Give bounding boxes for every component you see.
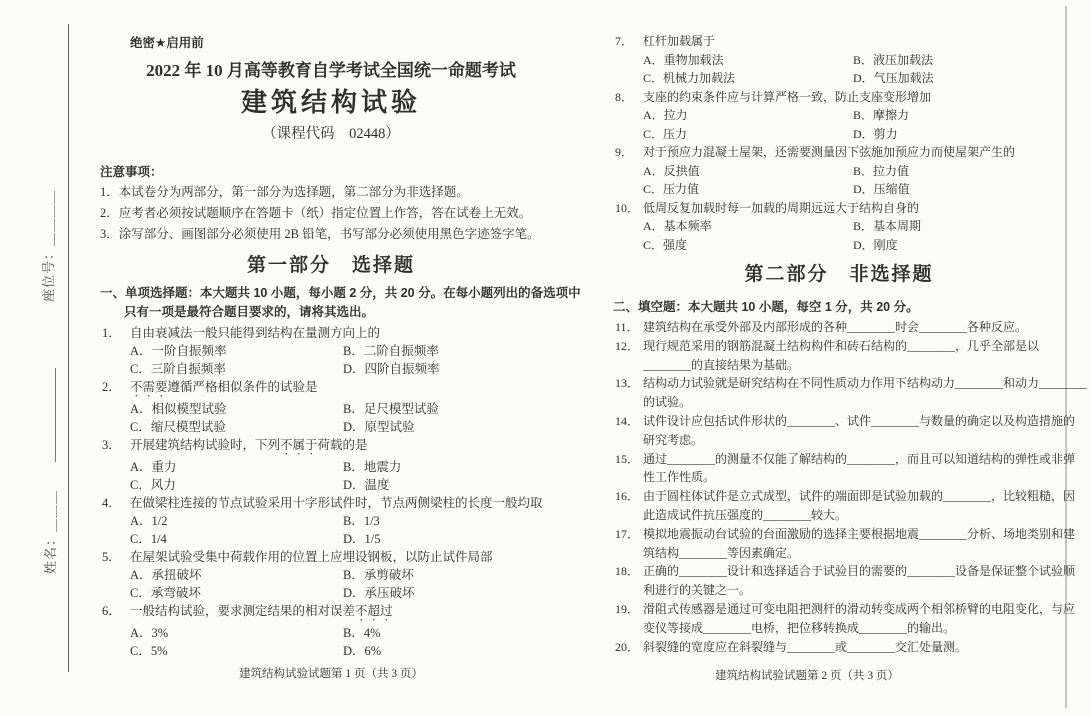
options-grid: A．3%B．4%C．5%D．6%	[130, 624, 562, 660]
question-number: 12．	[615, 337, 639, 356]
text-segment: 遵循严格相似条件的试验是	[168, 380, 318, 394]
option-label: A．一阶自振频率	[130, 342, 343, 360]
question-number: 6．	[102, 602, 121, 620]
question-number: 19．	[615, 600, 639, 619]
question-text: 杠杆加载属于	[643, 32, 1065, 51]
fill-question: 12．现行规范采用的钢筋混凝土结构构件和砖石结构的________，几乎全部是以…	[613, 337, 1065, 375]
exam-page-1: 绝密★启用前 2022 年 10 月高等教育自学考试全国统一命题考试 建筑结构试…	[100, 30, 562, 682]
text-segment: 自由衰减法一般只能得到结构在量测方向上的	[130, 326, 380, 340]
question-text-line: 结构动力试验就是研究结构在不同性质动力作用下结构动力________和动力___…	[643, 374, 1065, 393]
fill-question: 15．通过________的测量不仅能了解结构的________，而且可以知道结…	[613, 450, 1065, 488]
option-label: D．剪力	[853, 125, 1065, 144]
option-label: C．承弯破坏	[130, 584, 343, 602]
question-text-line: 研究考虑。	[643, 431, 1065, 450]
text-segment: 一般结构试验，要求测定结果的相对误差	[130, 604, 355, 618]
question-text: 不需要遵循严格相似条件的试验是	[130, 378, 562, 400]
option-label: B．二阶自振频率	[343, 342, 562, 360]
text-segment: 在做梁柱连接的节点试验采用十字形试件时，节点两侧梁柱的长度一般均取	[130, 496, 543, 510]
question-number: 15．	[615, 450, 639, 469]
option-label: D．温度	[343, 476, 562, 494]
question-number: 17．	[615, 525, 639, 544]
question-text: 开展建筑结构试验时，下列不属于荷载的是	[130, 436, 562, 458]
note-item: 2．应考者必须按试题顺序在答题卡（纸）指定位置上作答，答在试卷上无效。	[100, 203, 562, 224]
fill-question: 20．斜裂缝的宽度应在斜裂缝与________或________交汇处量测。	[613, 638, 1065, 657]
option-label: D．气压加载法	[853, 69, 1065, 88]
fill-question: 11．建筑结构在承受外部及内部形成的各种________时会________各种…	[613, 318, 1065, 337]
question-number: 3．	[102, 436, 121, 454]
choice-question: 3．开展建筑结构试验时，下列不属于荷载的是A．重力B．地震力C．风力D．温度	[100, 436, 562, 494]
question-text: 支座的约束条件应与计算严格一致，防止支座变形增加	[643, 88, 1065, 107]
option-label: B．1/3	[343, 512, 562, 530]
option-label: D．6%	[343, 642, 562, 660]
option-label: B．摩擦力	[853, 106, 1065, 125]
text-segment: 杠杆加载属于	[643, 34, 715, 48]
fill-question: 18．正确的________设计和选择适合于试验目的需要的________设备是…	[613, 562, 1065, 600]
question-text-line: 由于圆柱体试件是立式成型，试件的端面即是试验加载的________，比较粗糙，因	[643, 487, 1065, 506]
question-text: 自由衰减法一般只能得到结构在量测方向上的	[130, 324, 562, 342]
subject-title: 建筑结构试验	[100, 85, 562, 119]
emphasized-text: 不需要	[130, 380, 168, 394]
option-label: A．承扭破坏	[130, 566, 343, 584]
question-number: 16．	[615, 487, 639, 506]
choice-question: 2．不需要遵循严格相似条件的试验是A．相似模型试验B．足尺模型试验C．缩尺模型试…	[100, 378, 562, 436]
question-text-line: 性工作性质。	[643, 468, 1065, 487]
question-text-line: 试件设计应包括试件形状的________、试件________与数量的确定以及构…	[643, 412, 1065, 431]
question-number: 7．	[615, 32, 633, 51]
option-label: B．地震力	[343, 458, 562, 476]
option-label: C．缩尺模型试验	[130, 418, 343, 436]
option-label: C．风力	[130, 476, 343, 494]
binding-line	[68, 24, 69, 672]
question-number: 10．	[615, 199, 639, 218]
options-grid: A．重物加载法B．液压加载法C．机械力加载法D．气压加载法	[643, 51, 1065, 88]
option-label: A．反拱值	[643, 162, 853, 181]
option-label: C．机械力加载法	[643, 69, 853, 88]
option-label: D．刚度	[853, 236, 1065, 255]
choice-question: 5．在屋架试验受集中荷载作用的位置上应埋设钢板，以防止试件局部A．承扭破坏B．承…	[100, 548, 562, 602]
options-grid: A．反拱值B．拉力值C．压力值D．压缩值	[643, 162, 1065, 199]
option-label: C．压力	[643, 125, 853, 144]
part2-heading: 第二部分 非选择题	[613, 262, 1065, 288]
section1-intro-line2: 只有一项是最符合题目要求的，请将其选出。	[100, 303, 562, 322]
text-segment: 在屋架试验受集中荷载作用的位置上应埋设钢板，以防止试件局部	[130, 550, 493, 564]
option-label: A．重力	[130, 458, 343, 476]
option-label: B．4%	[343, 624, 562, 642]
options-grid: A．基本频率B．基本周期C．强度D．刚度	[643, 217, 1065, 254]
option-label: B．基本周期	[853, 217, 1065, 236]
question-text: 在屋架试验受集中荷载作用的位置上应埋设钢板，以防止试件局部	[130, 548, 562, 566]
question-number: 11．	[615, 318, 639, 337]
question-text: 在做梁柱连接的节点试验采用十字形试件时，节点两侧梁柱的长度一般均取	[130, 494, 562, 512]
options-grid: A．承扭破坏B．承剪破坏C．承弯破坏D．承压破坏	[130, 566, 562, 602]
text-segment: 支座的约束条件应与计算严格一致，防止支座变形增加	[643, 90, 931, 104]
emphasized-text: 不超过	[355, 604, 393, 618]
choice-question: 4．在做梁柱连接的节点试验采用十字形试件时，节点两侧梁柱的长度一般均取A．1/2…	[100, 494, 562, 548]
question-number: 4．	[102, 494, 121, 512]
scanned-exam-document: { "colors": { "text": "#2f2f2f", "bindin…	[0, 0, 1091, 716]
option-label: B．承剪破坏	[343, 566, 562, 584]
option-label: A．基本频率	[643, 217, 853, 236]
options-grid: A．1/2B．1/3C．1/4D．1/5	[130, 512, 562, 548]
note-item: 3．涂写部分、画图部分必须使用 2B 铅笔，书写部分必须使用黑色字迹签字笔。	[100, 224, 562, 245]
option-label: D．压缩值	[853, 180, 1065, 199]
choice-question: 10．低周反复加载时每一加载的周期远远大于结构自身的A．基本频率B．基本周期C．…	[613, 199, 1065, 255]
option-label: A．相似模型试验	[130, 400, 343, 418]
question-text-line: 建筑结构在承受外部及内部形成的各种________时会________各种反应。	[643, 318, 1065, 337]
security-notice: 绝密★启用前	[130, 36, 562, 51]
page1-footer: 建筑结构试验试题第 1 页（共 3 页）	[100, 666, 562, 682]
choice-question-list: 1．自由衰减法一般只能得到结构在量测方向上的A．一阶自振频率B．二阶自振频率C．…	[100, 324, 562, 660]
question-number: 18．	[615, 562, 639, 581]
fill-question: 16．由于圆柱体试件是立式成型，试件的端面即是试验加载的________，比较粗…	[613, 487, 1065, 525]
text-segment: 对于预应力混凝土屋架，还需要测量因下弦施加预应力而使屋架产生的	[643, 145, 1015, 159]
option-label: A．重物加载法	[643, 51, 853, 70]
course-code: （课程代码 02448）	[100, 124, 562, 144]
option-label: C．三阶自振频率	[130, 360, 343, 378]
option-label: D．1/5	[343, 530, 562, 548]
question-text-line: 利进行的关键之一。	[643, 581, 1065, 600]
question-number: 2．	[102, 378, 121, 396]
option-label: C．强度	[643, 236, 853, 255]
question-text: 低周反复加载时每一加载的周期远远大于结构自身的	[643, 199, 1065, 218]
question-text: 一般结构试验，要求测定结果的相对误差不超过	[130, 602, 562, 624]
question-number: 8．	[615, 88, 633, 107]
choice-question: 9．对于预应力混凝土屋架，还需要测量因下弦施加预应力而使屋架产生的A．反拱值B．…	[613, 143, 1065, 199]
question-number: 5．	[102, 548, 121, 566]
section1-intro-line1: 一、单项选择题：本大题共 10 小题，每小题 2 分，共 20 分。在每小题列出…	[100, 284, 562, 303]
option-label: C．1/4	[130, 530, 343, 548]
name-label: 姓名：＿＿＿	[40, 490, 59, 574]
fill-question-list: 11．建筑结构在承受外部及内部形成的各种________时会________各种…	[613, 318, 1065, 656]
option-label: B．足尺模型试验	[343, 400, 562, 418]
question-text: 对于预应力混凝土屋架，还需要测量因下弦施加预应力而使屋架产生的	[643, 143, 1065, 162]
emphasized-text: 不属于	[280, 438, 318, 452]
notes-title: 注意事项：	[100, 162, 562, 182]
question-text-line: 正确的________设计和选择适合于试验目的需要的________设备是保证整…	[643, 562, 1065, 581]
note-item: 1．本试卷分为两部分，第一部分为选择题，第二部分为非选择题。	[100, 182, 562, 203]
margin-blank-line	[55, 368, 56, 462]
question-text-line: 筑结构________等因素确定。	[643, 544, 1065, 563]
option-label: D．承压破坏	[343, 584, 562, 602]
part1-heading: 第一部分 选择题	[100, 253, 562, 279]
exam-title: 2022 年 10 月高等教育自学考试全国统一命题考试	[100, 60, 562, 82]
choice-question: 1．自由衰减法一般只能得到结构在量测方向上的A．一阶自振频率B．二阶自振频率C．…	[100, 324, 562, 378]
option-label: C．压力值	[643, 180, 853, 199]
question-text-line: ________的直接结果为基础。	[643, 356, 1065, 375]
question-number: 14．	[615, 412, 639, 431]
fill-question: 17．模拟地震振动台试验的台面激励的选择主要根据地震________分析、场地类…	[613, 525, 1065, 563]
question-text-line: 现行规范采用的钢筋混凝土结构构件和砖石结构的________，几乎全部是以	[643, 337, 1065, 356]
choice-question: 8．支座的约束条件应与计算严格一致，防止支座变形增加A．拉力B．摩擦力C．压力D…	[613, 88, 1065, 144]
text-segment: 开展建筑结构试验时，下列	[130, 438, 280, 452]
question-text-line: 变仪等接成________电桥，把位移转换成________的输出。	[643, 619, 1065, 638]
options-grid: A．相似模型试验B．足尺模型试验C．缩尺模型试验D．原型试验	[130, 400, 562, 436]
option-label: A．拉力	[643, 106, 853, 125]
options-grid: A．一阶自振频率B．二阶自振频率C．三阶自振频率D．四阶自振频率	[130, 342, 562, 378]
question-text-line: 通过________的测量不仅能了解结构的________，而且可以知道结构的弹…	[643, 450, 1065, 469]
question-text-line: 的试验。	[643, 393, 1065, 412]
option-label: B．拉力值	[853, 162, 1065, 181]
option-label: C．5%	[130, 642, 343, 660]
option-label: A．1/2	[130, 512, 343, 530]
question-text-line: 斜裂缝的宽度应在斜裂缝与________或________交汇处量测。	[643, 638, 1065, 657]
choice-question-list: 7．杠杆加载属于A．重物加载法B．液压加载法C．机械力加载法D．气压加载法8．支…	[613, 32, 1065, 254]
question-number: 1．	[102, 324, 121, 342]
question-text-line: 模拟地震振动台试验的台面激励的选择主要根据地震________分析、场地类别和建	[643, 525, 1065, 544]
fill-question: 19．滑阻式传感器是通过可变电阻把测杆的滑动转变成两个相邻桥臂的电阻变化，与应变…	[613, 600, 1065, 638]
fill-question: 14．试件设计应包括试件形状的________、试件________与数量的确定…	[613, 412, 1065, 450]
section2-intro: 二、填空题：本大题共 10 小题，每空 1 分，共 20 分。	[613, 298, 1065, 317]
question-text-line: 此造成试件抗压强度的________较大。	[643, 506, 1065, 525]
option-label: D．四阶自振频率	[343, 360, 562, 378]
choice-question: 6．一般结构试验，要求测定结果的相对误差不超过A．3%B．4%C．5%D．6%	[100, 602, 562, 660]
option-label: A．3%	[130, 624, 343, 642]
text-segment: 荷载的是	[318, 438, 368, 452]
seat-number-label: 座位号：＿＿＿＿	[38, 190, 57, 302]
question-number: 9．	[615, 143, 633, 162]
choice-question: 7．杠杆加载属于A．重物加载法B．液压加载法C．机械力加载法D．气压加载法	[613, 32, 1065, 88]
options-grid: A．重力B．地震力C．风力D．温度	[130, 458, 562, 494]
options-grid: A．拉力B．摩擦力C．压力D．剪力	[643, 106, 1065, 143]
page2-footer: 建筑结构试验试题第 2 页（共 3 页）	[613, 668, 1065, 684]
fill-question: 13．结构动力试验就是研究结构在不同性质动力作用下结构动力________和动力…	[613, 374, 1065, 412]
question-text-line: 滑阻式传感器是通过可变电阻把测杆的滑动转变成两个相邻桥臂的电阻变化，与应	[643, 600, 1065, 619]
exam-page-2: 7．杠杆加载属于A．重物加载法B．液压加载法C．机械力加载法D．气压加载法8．支…	[613, 22, 1065, 684]
option-label: B．液压加载法	[853, 51, 1065, 70]
option-label: D．原型试验	[343, 418, 562, 436]
text-segment: 低周反复加载时每一加载的周期远远大于结构自身的	[643, 201, 919, 215]
question-number: 13．	[615, 374, 639, 393]
question-number: 20．	[615, 638, 639, 657]
